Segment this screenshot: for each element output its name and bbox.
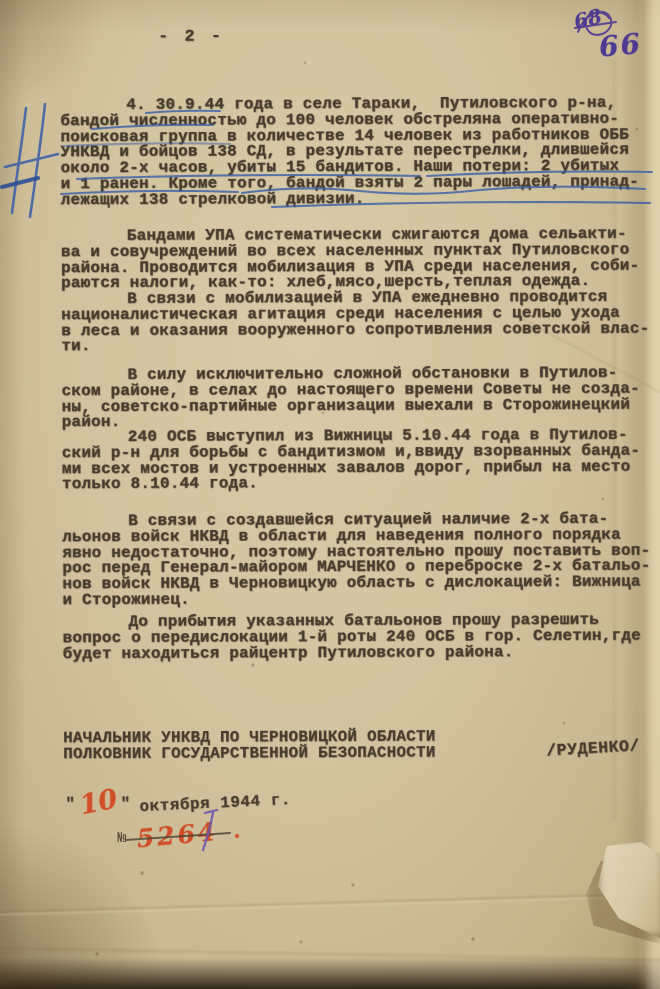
signature-title-line-2: ПОЛКОВНИК ГОСУДАРСТВЕННОЙ БЕЗОПАСНОСТИ bbox=[63, 745, 436, 762]
number-sign: № bbox=[117, 830, 126, 847]
quote-mark: " bbox=[120, 795, 130, 813]
document-number: 5264 bbox=[136, 817, 220, 853]
handwritten-day: 10 bbox=[79, 794, 118, 811]
typed-paragraph: В связи с создавшейся ситуацией наличие … bbox=[62, 512, 658, 609]
typed-text-layer: - 2 - 4. 30.9.44 года в селе Тараки, Пут… bbox=[0, 0, 660, 989]
signature-block: НАЧАЛЬНИК УНКВД ПО ЧЕРНОВИЦКОЙ ОБЛАСТИПО… bbox=[63, 730, 436, 763]
typed-line: в леса и оказания вооруженного сопротивл… bbox=[61, 321, 657, 339]
typed-month-year: октября 1944 г. bbox=[139, 791, 291, 816]
typed-line: ны, советско-партийные организации выеха… bbox=[62, 397, 658, 415]
document-number-line: №5264 bbox=[117, 818, 218, 847]
typed-paragraph: До прибытия указанных батальонов прошу р… bbox=[63, 613, 659, 663]
typed-line: и Сторожинец. bbox=[62, 591, 658, 609]
quote-mark: " bbox=[65, 795, 75, 813]
typed-line: будет находиться райцентр Путиловского р… bbox=[63, 644, 659, 662]
typed-line: лежащих 138 стрелковой дивизии. bbox=[61, 190, 657, 208]
date-line: "10" октября 1944 г. bbox=[65, 794, 291, 813]
typed-line: только 8.10.44 года. bbox=[62, 475, 658, 493]
typed-paragraph: Бандами УПА систематически сжигаются дом… bbox=[61, 227, 657, 293]
page-number: - 2 - bbox=[158, 27, 224, 46]
signature-name: /РУДЕНКО/ bbox=[546, 736, 641, 760]
document-photo: - 2 - 4. 30.9.44 года в селе Тараки, Пут… bbox=[0, 0, 660, 989]
folio-number: 66 bbox=[598, 27, 644, 64]
typed-paragraph: 240 ОСБ выступил из Вижницы 5.10.44 года… bbox=[62, 428, 658, 494]
typed-paragraph: В силу исключительно сложной обстановки … bbox=[61, 366, 657, 432]
typed-paragraph: В связи с мобилизацией в УПА ежедневно п… bbox=[61, 290, 657, 356]
folio-number-crossed-out: 68 bbox=[571, 4, 604, 34]
typed-paragraph: 4. 30.9.44 года в селе Тараки, Путиловск… bbox=[60, 96, 656, 209]
